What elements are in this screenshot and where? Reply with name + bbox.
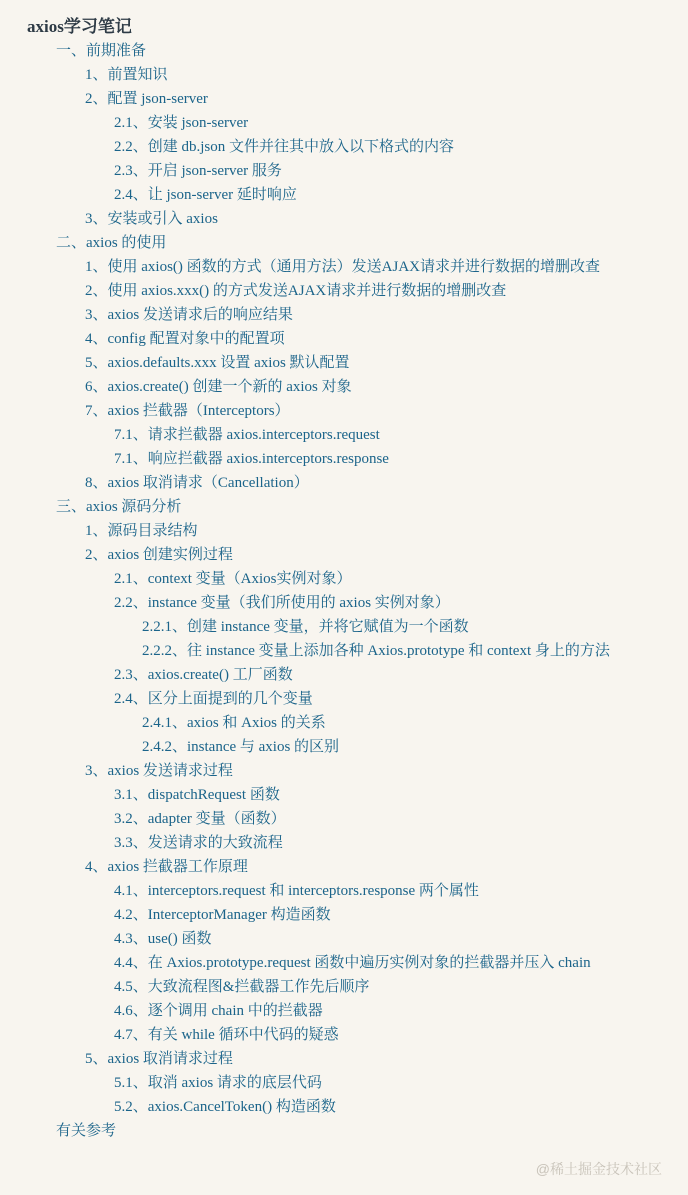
toc-item[interactable]: 2.1、安装 json-server: [27, 111, 670, 135]
toc-item[interactable]: 三、axios 源码分析: [27, 495, 670, 519]
toc-item[interactable]: 二、axios 的使用: [27, 231, 670, 255]
toc-item[interactable]: 4.1、interceptors.request 和 interceptors.…: [27, 879, 670, 903]
toc-item[interactable]: 3、axios 发送请求过程: [27, 759, 670, 783]
toc-item[interactable]: 5、axios 取消请求过程: [27, 1047, 670, 1071]
toc-item[interactable]: 2.1、context 变量（Axios实例对象）: [27, 567, 670, 591]
toc-item[interactable]: 2.3、axios.create() 工厂函数: [27, 663, 670, 687]
toc-item[interactable]: 7、axios 拦截器（Interceptors）: [27, 399, 670, 423]
juejin-watermark: @稀土掘金技术社区: [536, 1159, 662, 1179]
toc-item[interactable]: 1、前置知识: [27, 63, 670, 87]
toc-item[interactable]: 4.6、逐个调用 chain 中的拦截器: [27, 999, 670, 1023]
toc-list: 一、前期准备1、前置知识2、配置 json-server2.1、安装 json-…: [27, 39, 670, 1143]
toc-item[interactable]: 4.5、大致流程图&拦截器工作先后顺序: [27, 975, 670, 999]
toc-item[interactable]: 2.2.1、创建 instance 变量，并将它赋值为一个函数: [27, 615, 670, 639]
toc-item[interactable]: 3.2、adapter 变量（函数）: [27, 807, 670, 831]
page-title: axios学习笔记: [27, 15, 670, 39]
toc-item[interactable]: 2.4、让 json-server 延时响应: [27, 183, 670, 207]
toc-item[interactable]: 7.1、响应拦截器 axios.interceptors.response: [27, 447, 670, 471]
toc-item[interactable]: 2.4、区分上面提到的几个变量: [27, 687, 670, 711]
toc-item[interactable]: 7.1、请求拦截器 axios.interceptors.request: [27, 423, 670, 447]
toc-item[interactable]: 2.4.2、instance 与 axios 的区别: [27, 735, 670, 759]
toc-item[interactable]: 8、axios 取消请求（Cancellation）: [27, 471, 670, 495]
toc-item[interactable]: 5.2、axios.CancelToken() 构造函数: [27, 1095, 670, 1119]
article-toc-page: axios学习笔记 一、前期准备1、前置知识2、配置 json-server2.…: [0, 0, 688, 1143]
toc-item[interactable]: 2.2、instance 变量（我们所使用的 axios 实例对象）: [27, 591, 670, 615]
toc-item[interactable]: 2.3、开启 json-server 服务: [27, 159, 670, 183]
toc-item[interactable]: 1、使用 axios() 函数的方式（通用方法）发送AJAX请求并进行数据的增删…: [27, 255, 670, 279]
toc-item[interactable]: 4.7、有关 while 循环中代码的疑惑: [27, 1023, 670, 1047]
toc-item[interactable]: 3、安装或引入 axios: [27, 207, 670, 231]
toc-item[interactable]: 2、配置 json-server: [27, 87, 670, 111]
toc-item[interactable]: 2、使用 axios.xxx() 的方式发送AJAX请求并进行数据的增删改查: [27, 279, 670, 303]
toc-item[interactable]: 1、源码目录结构: [27, 519, 670, 543]
toc-item[interactable]: 2.4.1、axios 和 Axios 的关系: [27, 711, 670, 735]
toc-item[interactable]: 2.2.2、往 instance 变量上添加各种 Axios.prototype…: [27, 639, 670, 663]
toc-item[interactable]: 4、config 配置对象中的配置项: [27, 327, 670, 351]
toc-item[interactable]: 4、axios 拦截器工作原理: [27, 855, 670, 879]
toc-item[interactable]: 6、axios.create() 创建一个新的 axios 对象: [27, 375, 670, 399]
toc-item[interactable]: 3、axios 发送请求后的响应结果: [27, 303, 670, 327]
toc-item[interactable]: 一、前期准备: [27, 39, 670, 63]
toc-item[interactable]: 4.4、在 Axios.prototype.request 函数中遍历实例对象的…: [27, 951, 670, 975]
toc-item[interactable]: 有关参考: [27, 1119, 670, 1143]
toc-item[interactable]: 5、axios.defaults.xxx 设置 axios 默认配置: [27, 351, 670, 375]
toc-item[interactable]: 2、axios 创建实例过程: [27, 543, 670, 567]
toc-item[interactable]: 3.3、发送请求的大致流程: [27, 831, 670, 855]
toc-item[interactable]: 4.2、InterceptorManager 构造函数: [27, 903, 670, 927]
toc-item[interactable]: 5.1、取消 axios 请求的底层代码: [27, 1071, 670, 1095]
toc-item[interactable]: 2.2、创建 db.json 文件并往其中放入以下格式的内容: [27, 135, 670, 159]
toc-item[interactable]: 4.3、use() 函数: [27, 927, 670, 951]
toc-item[interactable]: 3.1、dispatchRequest 函数: [27, 783, 670, 807]
